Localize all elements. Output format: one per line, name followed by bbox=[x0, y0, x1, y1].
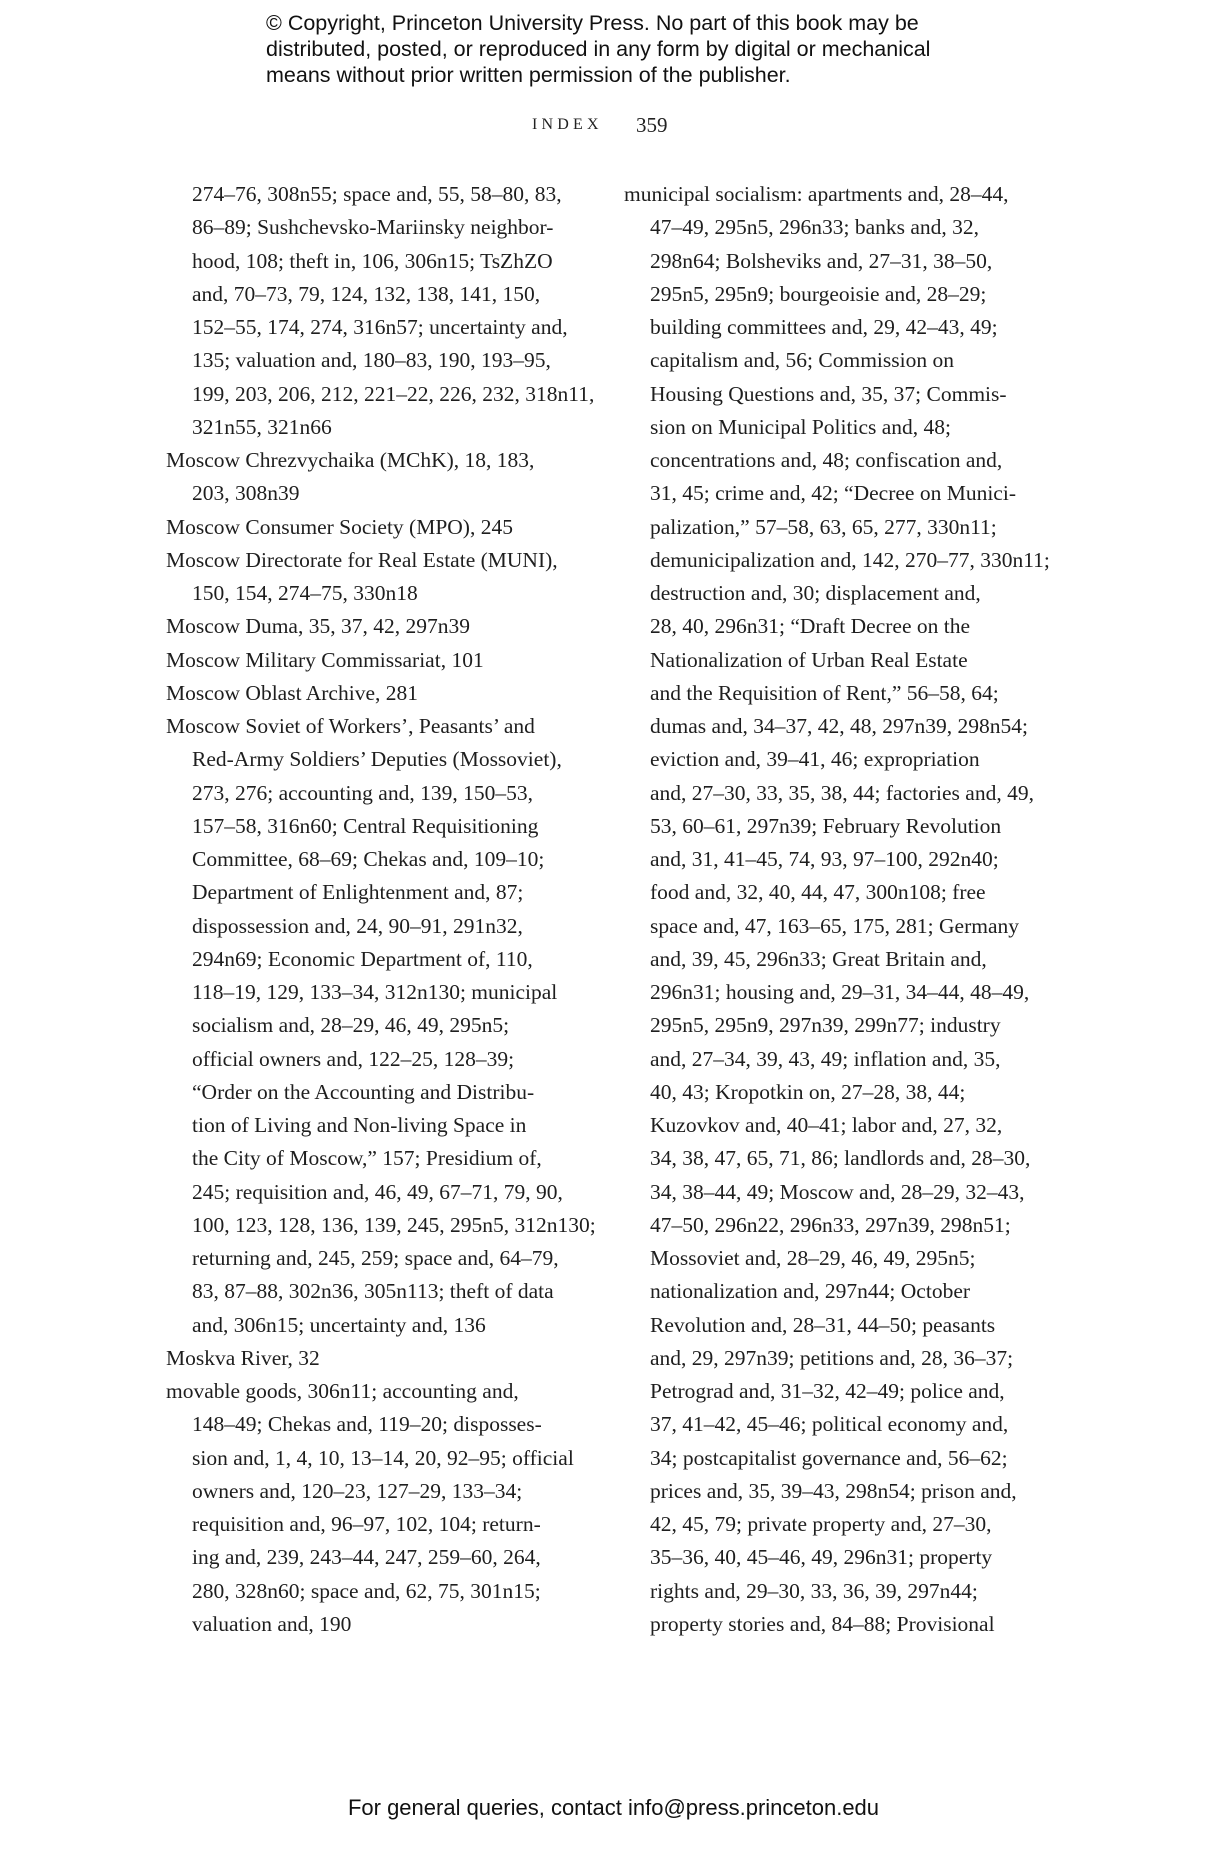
page-number: 359 bbox=[636, 113, 668, 138]
index-entry-heading: Moscow Directorate for Real Estate (MUNI… bbox=[166, 544, 586, 577]
index-subline: dumas and, 34–37, 42, 48, 297n39, 298n54… bbox=[624, 710, 1044, 743]
index-column-left: 274–76, 308n55; space and, 55, 58–80, 83… bbox=[166, 178, 586, 1641]
index-subline: demunicipalization and, 142, 270–77, 330… bbox=[624, 544, 1044, 577]
index-subline: 53, 60–61, 297n39; February Revolution bbox=[624, 810, 1044, 843]
index-entry-heading: Moscow Consumer Society (MPO), 245 bbox=[166, 511, 586, 544]
index-subline: and, 31, 41–45, 74, 93, 97–100, 292n40; bbox=[624, 843, 1044, 876]
index-subline: Nationalization of Urban Real Estate bbox=[624, 644, 1044, 677]
index-subline: 280, 328n60; space and, 62, 75, 301n15; bbox=[166, 1575, 586, 1608]
index-entry-heading: Moscow Military Commissariat, 101 bbox=[166, 644, 586, 677]
index-subline: 118–19, 129, 133–34, 312n130; municipal bbox=[166, 976, 586, 1009]
index-subline: space and, 47, 163–65, 175, 281; Germany bbox=[624, 910, 1044, 943]
index-subline: 28, 40, 296n31; “Draft Decree on the bbox=[624, 610, 1044, 643]
index-entry-heading: Moscow Soviet of Workers’, Peasants’ and bbox=[166, 710, 586, 743]
index-subline: concentrations and, 48; confiscation and… bbox=[624, 444, 1044, 477]
index-subline: Housing Questions and, 35, 37; Commis- bbox=[624, 378, 1044, 411]
index-subline: property stories and, 84–88; Provisional bbox=[624, 1608, 1044, 1641]
index-entry-heading: municipal socialism: apartments and, 28–… bbox=[624, 178, 1044, 211]
index-subline: tion of Living and Non-living Space in bbox=[166, 1109, 586, 1142]
index-subline: and, 39, 45, 296n33; Great Britain and, bbox=[624, 943, 1044, 976]
index-subline: 31, 45; crime and, 42; “Decree on Munici… bbox=[624, 477, 1044, 510]
index-subline: 40, 43; Kropotkin on, 27–28, 38, 44; bbox=[624, 1076, 1044, 1109]
index-subline: 47–50, 296n22, 296n33, 297n39, 298n51; bbox=[624, 1209, 1044, 1242]
index-entry-heading: Moskva River, 32 bbox=[166, 1342, 586, 1375]
index-subline: 296n31; housing and, 29–31, 34–44, 48–49… bbox=[624, 976, 1044, 1009]
index-subline: sion on Municipal Politics and, 48; bbox=[624, 411, 1044, 444]
copyright-line: © Copyright, Princeton University Press.… bbox=[266, 10, 1026, 36]
index-entry-heading: Moscow Oblast Archive, 281 bbox=[166, 677, 586, 710]
index-subline: hood, 108; theft in, 106, 306n15; TsZhZO bbox=[166, 245, 586, 278]
index-subline: 295n5, 295n9, 297n39, 299n77; industry bbox=[624, 1009, 1044, 1042]
index-subline: 294n69; Economic Department of, 110, bbox=[166, 943, 586, 976]
index-subline: 42, 45, 79; private property and, 27–30, bbox=[624, 1508, 1044, 1541]
index-subline: Committee, 68–69; Chekas and, 109–10; bbox=[166, 843, 586, 876]
index-subline: owners and, 120–23, 127–29, 133–34; bbox=[166, 1475, 586, 1508]
running-head: INDEX 359 bbox=[0, 113, 1225, 143]
footer-text: For general queries, contact info@press.… bbox=[348, 1795, 879, 1820]
index-subline: 34, 38–44, 49; Moscow and, 28–29, 32–43, bbox=[624, 1176, 1044, 1209]
index-subline: prices and, 35, 39–43, 298n54; prison an… bbox=[624, 1475, 1044, 1508]
index-subline: socialism and, 28–29, 46, 49, 295n5; bbox=[166, 1009, 586, 1042]
index-subline: destruction and, 30; displacement and, bbox=[624, 577, 1044, 610]
index-subline: 86–89; Sushchevsko-Mariinsky neighbor- bbox=[166, 211, 586, 244]
copyright-line: means without prior written permission o… bbox=[266, 62, 1026, 88]
footer-contact: For general queries, contact info@press.… bbox=[0, 1795, 1225, 1821]
index-subline: 35–36, 40, 45–46, 49, 296n31; property bbox=[624, 1541, 1044, 1574]
index-subline: Kuzovkov and, 40–41; labor and, 27, 32, bbox=[624, 1109, 1044, 1142]
index-subline: 298n64; Bolsheviks and, 27–31, 38–50, bbox=[624, 245, 1044, 278]
index-subline: palization,” 57–58, 63, 65, 277, 330n11; bbox=[624, 511, 1044, 544]
index-subline: 83, 87–88, 302n36, 305n113; theft of dat… bbox=[166, 1275, 586, 1308]
index-subline: building committees and, 29, 42–43, 49; bbox=[624, 311, 1044, 344]
index-subline: Department of Enlightenment and, 87; bbox=[166, 876, 586, 909]
index-subline: nationalization and, 297n44; October bbox=[624, 1275, 1044, 1308]
copyright-notice: © Copyright, Princeton University Press.… bbox=[266, 10, 1026, 88]
index-subline: the City of Moscow,” 157; Presidium of, bbox=[166, 1142, 586, 1175]
index-subline: Mossoviet and, 28–29, 46, 49, 295n5; bbox=[624, 1242, 1044, 1275]
index-subline: 274–76, 308n55; space and, 55, 58–80, 83… bbox=[166, 178, 586, 211]
index-entry-heading: movable goods, 306n11; accounting and, bbox=[166, 1375, 586, 1408]
index-subline: 245; requisition and, 46, 49, 67–71, 79,… bbox=[166, 1176, 586, 1209]
index-subline: 34, 38, 47, 65, 71, 86; landlords and, 2… bbox=[624, 1142, 1044, 1175]
index-column-right: municipal socialism: apartments and, 28–… bbox=[624, 178, 1044, 1641]
index-subline: 295n5, 295n9; bourgeoisie and, 28–29; bbox=[624, 278, 1044, 311]
index-subline: Revolution and, 28–31, 44–50; peasants bbox=[624, 1309, 1044, 1342]
index-subline: Red-Army Soldiers’ Deputies (Mossoviet), bbox=[166, 743, 586, 776]
index-subline: 37, 41–42, 45–46; political economy and, bbox=[624, 1408, 1044, 1441]
index-subline: 148–49; Chekas and, 119–20; disposses- bbox=[166, 1408, 586, 1441]
index-subline: and, 29, 297n39; petitions and, 28, 36–3… bbox=[624, 1342, 1044, 1375]
index-subline: 157–58, 316n60; Central Requisitioning bbox=[166, 810, 586, 843]
index-subline: 34; postcapitalist governance and, 56–62… bbox=[624, 1442, 1044, 1475]
index-entry-heading: Moscow Duma, 35, 37, 42, 297n39 bbox=[166, 610, 586, 643]
index-subline: 199, 203, 206, 212, 221–22, 226, 232, 31… bbox=[166, 378, 586, 411]
index-subline: and, 70–73, 79, 124, 132, 138, 141, 150, bbox=[166, 278, 586, 311]
index-subline: 152–55, 174, 274, 316n57; uncertainty an… bbox=[166, 311, 586, 344]
index-subline: 203, 308n39 bbox=[166, 477, 586, 510]
index-subline: capitalism and, 56; Commission on bbox=[624, 344, 1044, 377]
index-subline: 135; valuation and, 180–83, 190, 193–95, bbox=[166, 344, 586, 377]
index-entry-heading: Moscow Chrezvychaika (MChK), 18, 183, bbox=[166, 444, 586, 477]
index-subline: requisition and, 96–97, 102, 104; return… bbox=[166, 1508, 586, 1541]
index-subline: 150, 154, 274–75, 330n18 bbox=[166, 577, 586, 610]
index-subline: eviction and, 39–41, 46; expropriation bbox=[624, 743, 1044, 776]
index-subline: and, 27–30, 33, 35, 38, 44; factories an… bbox=[624, 777, 1044, 810]
index-subline: 100, 123, 128, 136, 139, 245, 295n5, 312… bbox=[166, 1209, 586, 1242]
index-subline: and, 27–34, 39, 43, 49; inflation and, 3… bbox=[624, 1043, 1044, 1076]
index-subline: food and, 32, 40, 44, 47, 300n108; free bbox=[624, 876, 1044, 909]
index-subline: valuation and, 190 bbox=[166, 1608, 586, 1641]
index-subline: and the Requisition of Rent,” 56–58, 64; bbox=[624, 677, 1044, 710]
index-subline: Petrograd and, 31–32, 42–49; police and, bbox=[624, 1375, 1044, 1408]
index-subline: rights and, 29–30, 33, 36, 39, 297n44; bbox=[624, 1575, 1044, 1608]
index-subline: 47–49, 295n5, 296n33; banks and, 32, bbox=[624, 211, 1044, 244]
index-subline: sion and, 1, 4, 10, 13–14, 20, 92–95; of… bbox=[166, 1442, 586, 1475]
index-subline: dispossession and, 24, 90–91, 291n32, bbox=[166, 910, 586, 943]
index-subline: returning and, 245, 259; space and, 64–7… bbox=[166, 1242, 586, 1275]
index-subline: and, 306n15; uncertainty and, 136 bbox=[166, 1309, 586, 1342]
index-subline: 321n55, 321n66 bbox=[166, 411, 586, 444]
index-subline: “Order on the Accounting and Distribu- bbox=[166, 1076, 586, 1109]
copyright-line: distributed, posted, or reproduced in an… bbox=[266, 36, 1026, 62]
index-subline: ing and, 239, 243–44, 247, 259–60, 264, bbox=[166, 1541, 586, 1574]
index-subline: official owners and, 122–25, 128–39; bbox=[166, 1043, 586, 1076]
section-title: INDEX bbox=[532, 116, 603, 134]
index-subline: 273, 276; accounting and, 139, 150–53, bbox=[166, 777, 586, 810]
